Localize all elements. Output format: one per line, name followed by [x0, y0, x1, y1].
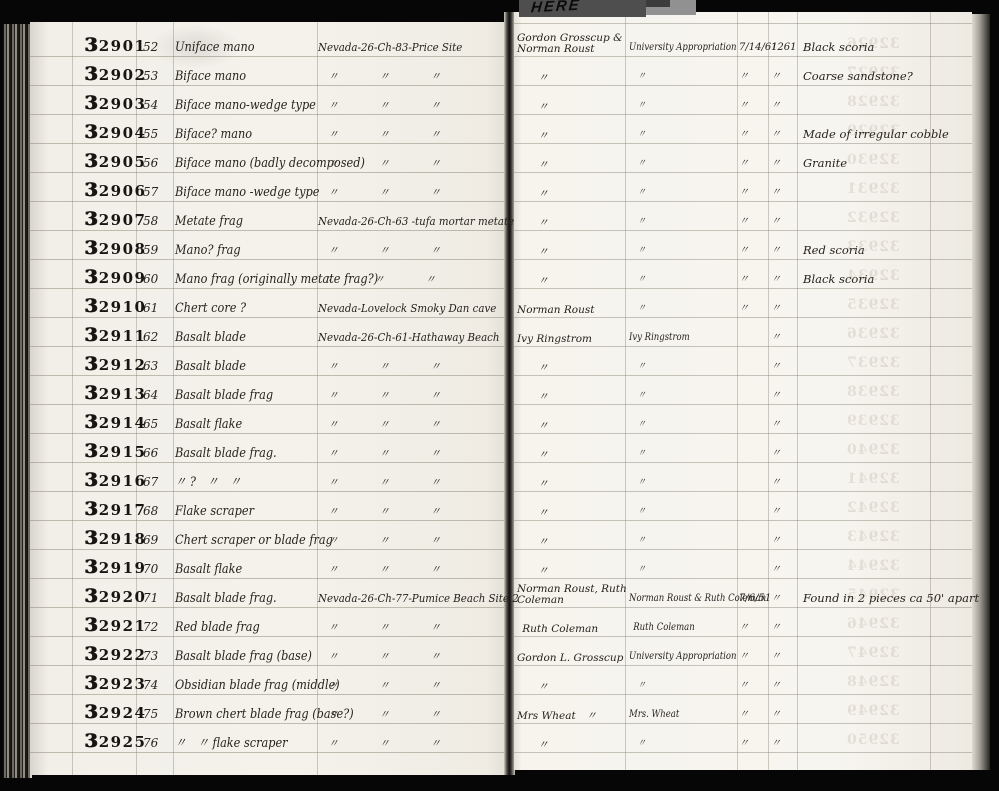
bleed-through-number: 32941: [846, 471, 900, 487]
bleed-through-number: 32938: [846, 384, 900, 400]
site-locality: Nevada-Lovelock Smoky Dan cave: [318, 302, 496, 315]
site-locality: 〃 〃 〃: [318, 99, 441, 112]
accession-source: 〃: [629, 679, 646, 692]
collector: 〃: [517, 189, 631, 200]
catalog-number: 32907: [84, 213, 146, 227]
object-number: 75: [143, 708, 158, 721]
catalog-number: 32918: [84, 532, 146, 546]
scanned-ledger-photo: { "label": { "text": "HERE" }, "table": …: [0, 0, 999, 791]
catalog-number: 32903: [84, 97, 146, 111]
accession-number: 1261: [771, 41, 796, 54]
object-number: 57: [143, 186, 158, 199]
collector: 〃: [517, 73, 631, 84]
accession-number: 〃: [771, 563, 781, 576]
bleed-through-number: 32949: [846, 703, 900, 719]
date: 〃: [739, 621, 749, 634]
accession-number: 〃: [771, 621, 781, 634]
object-description: 〃 〃 flake scraper: [175, 737, 288, 750]
table-row: 32933 32908 59 Mano? frag 〃 〃 〃 〃 〃 〃 〃 …: [0, 235, 999, 259]
catalog-number: 32922: [84, 648, 146, 662]
object-description: Uniface mano: [175, 41, 255, 54]
site-locality: 〃 〃 〃: [318, 186, 441, 199]
object-number: 56: [143, 157, 158, 170]
bleed-through-number: 32944: [846, 558, 900, 574]
date: 〃: [739, 708, 749, 721]
site-locality: 〃 〃 〃: [318, 244, 441, 257]
collector: 〃: [517, 740, 631, 751]
catalog-number: 32924: [84, 706, 146, 720]
accession-number: 〃: [771, 70, 781, 83]
object-number: 54: [143, 99, 158, 112]
bleed-through-number: 32942: [846, 500, 900, 516]
object-description: 〃 ? 〃 〃: [175, 476, 241, 489]
object-number: 76: [143, 737, 158, 750]
table-row: 32944 32919 70 Basalt flake 〃 〃 〃 〃 〃 〃: [0, 554, 999, 578]
accession-number: 〃: [771, 708, 781, 721]
accession-number: 〃: [771, 476, 781, 489]
remarks: Black scoria: [803, 273, 874, 286]
date: 〃: [739, 650, 749, 663]
bleed-through-number: 32939: [846, 413, 900, 429]
object-description: Basalt blade frag: [175, 389, 273, 402]
accession-source: 〃: [629, 563, 646, 576]
table-row: 32945 32920 71 Basalt blade frag. Nevada…: [0, 583, 999, 607]
date: 〃: [739, 215, 749, 228]
object-description: Chert core ?: [175, 302, 246, 315]
accession-source: 〃: [629, 128, 646, 141]
accession-source: 〃: [629, 99, 646, 112]
object-description: Basalt blade frag (base): [175, 650, 312, 663]
collector: Gordon L. Grosscup: [517, 653, 631, 664]
table-row: 32947 32922 73 Basalt blade frag (base) …: [0, 641, 999, 665]
accession-source: 〃: [629, 273, 646, 286]
table-row: 32943 32918 69 Chert scraper or blade fr…: [0, 525, 999, 549]
date: 〃: [739, 157, 749, 170]
collector: 〃: [517, 508, 631, 519]
collector: 〃: [517, 479, 631, 490]
table-row: 32926 32901 52 Uniface mano Nevada-26-Ch…: [0, 32, 999, 56]
object-number: 65: [143, 418, 158, 431]
table-row: 32941 32916 67 〃 ? 〃 〃 〃 〃 〃 〃 〃 〃: [0, 467, 999, 491]
accession-number: 〃: [771, 418, 781, 431]
collector: 〃: [517, 537, 631, 548]
date: 〃: [739, 70, 749, 83]
object-number: 67: [143, 476, 158, 489]
date: 〃: [739, 737, 749, 750]
catalog-number: 32916: [84, 474, 146, 488]
date: 〃: [739, 273, 749, 286]
collector: 〃: [517, 247, 631, 258]
catalog-number: 32921: [84, 619, 146, 633]
accession-number: 〃: [771, 360, 781, 373]
accession-source: 〃: [629, 186, 646, 199]
collector: Ivy Ringstrom: [517, 334, 631, 345]
accession-source: University Appropriation: [629, 41, 736, 54]
collector: 〃: [517, 450, 631, 461]
object-number: 62: [143, 331, 158, 344]
object-description: Mano? frag: [175, 244, 241, 257]
object-description: Biface? mano: [175, 128, 252, 141]
site-locality: 〃 〃 〃: [318, 360, 441, 373]
object-number: 72: [143, 621, 158, 634]
site-locality: 〃 〃 〃: [318, 418, 441, 431]
bleed-through-number: 32946: [846, 616, 900, 632]
object-number: 61: [143, 302, 158, 315]
object-number: 55: [143, 128, 158, 141]
site-locality: 〃 〃 〃: [318, 505, 441, 518]
catalog-number: 32908: [84, 242, 146, 256]
collector: Norman Roust, Ruth Coleman: [517, 584, 631, 606]
object-number: 63: [143, 360, 158, 373]
object-number: 68: [143, 505, 158, 518]
site-locality: Nevada-26-Ch-83-Price Site: [318, 41, 462, 54]
accession-number: 〃: [771, 505, 781, 518]
object-number: 60: [143, 273, 158, 286]
collector: Mrs Wheat 〃: [517, 711, 631, 722]
catalog-number: 32905: [84, 155, 146, 169]
table-row: 32946 32921 72 Red blade frag 〃 〃 〃 Ruth…: [0, 612, 999, 636]
collector: 〃: [517, 160, 631, 171]
date: 〃: [739, 679, 749, 692]
object-description: Obsidian blade frag (middle): [175, 679, 340, 692]
accession-source: 〃: [629, 157, 646, 170]
accession-number: 〃: [771, 244, 781, 257]
bleed-through-number: 32947: [846, 645, 900, 661]
object-number: 73: [143, 650, 158, 663]
site-locality: 〃 〃 〃: [318, 476, 441, 489]
remarks: Found in 2 pieces ca 50' apart: [803, 592, 979, 605]
date: 〃: [739, 244, 749, 257]
table-row: 32949 32924 75 Brown chert blade frag (b…: [0, 699, 999, 723]
date: 〃: [739, 128, 749, 141]
catalog-number: 32904: [84, 126, 146, 140]
site-locality: 〃 〃 〃: [318, 650, 441, 663]
table-row: 32934 32909 60 Mano frag (originally met…: [0, 264, 999, 288]
bleed-through-number: 32936: [846, 326, 900, 342]
object-description: Red blade frag: [175, 621, 260, 634]
table-row: 32942 32917 68 Flake scraper 〃 〃 〃 〃 〃 〃: [0, 496, 999, 520]
object-number: 52: [143, 41, 158, 54]
bleed-through-number: 32937: [846, 355, 900, 371]
site-locality: 〃 〃 〃: [318, 70, 441, 83]
site-locality: 〃 〃 〃: [318, 737, 441, 750]
table-row: 32940 32915 66 Basalt blade frag. 〃 〃 〃 …: [0, 438, 999, 462]
object-description: Basalt flake: [175, 418, 242, 431]
site-locality: 〃 〃 〃: [318, 128, 441, 141]
object-description: Basalt blade: [175, 331, 246, 344]
collector: 〃: [517, 392, 631, 403]
remarks: Granite: [803, 157, 847, 170]
accession-source: Ruth Coleman: [629, 621, 695, 634]
collector: 〃: [517, 566, 631, 577]
table-row: 32932 32907 58 Metate frag Nevada-26-Ch-…: [0, 206, 999, 230]
collector: 〃: [517, 421, 631, 432]
accession-number: 〃: [771, 389, 781, 402]
accession-source: 〃: [629, 389, 646, 402]
object-number: 66: [143, 447, 158, 460]
accession-number: 〃: [771, 99, 781, 112]
table-row: 32948 32923 74 Obsidian blade frag (midd…: [0, 670, 999, 694]
object-number: 74: [143, 679, 158, 692]
site-locality: 〃 〃 〃: [318, 273, 436, 286]
object-description: Biface mano-wedge type: [175, 99, 316, 112]
accession-source: 〃: [629, 447, 646, 460]
bleed-through-number: 32948: [846, 674, 900, 690]
accession-number: 〃: [771, 679, 781, 692]
site-locality: 〃 〃 〃: [318, 708, 441, 721]
object-number: 64: [143, 389, 158, 402]
collector: 〃: [517, 218, 631, 229]
date: 〃: [739, 302, 749, 315]
accession-number: 〃: [771, 186, 781, 199]
ledger-rows: 32926 32901 52 Uniface mano Nevada-26-Ch…: [0, 0, 999, 791]
table-row: 32930 32905 56 Biface mano (badly decomp…: [0, 148, 999, 172]
catalog-number: 32925: [84, 735, 146, 749]
table-row: 32927 32902 53 Biface mano 〃 〃 〃 〃 〃 〃 〃…: [0, 61, 999, 85]
table-row: 32950 32925 76 〃 〃 flake scraper 〃 〃 〃 〃…: [0, 728, 999, 752]
catalog-number: 32913: [84, 387, 146, 401]
catalog-number: 32919: [84, 561, 146, 575]
site-locality: 〃 〃 〃: [318, 534, 441, 547]
catalog-number: 32912: [84, 358, 146, 372]
table-row: 32928 32903 54 Biface mano-wedge type 〃 …: [0, 90, 999, 114]
catalog-number: 32911: [84, 329, 146, 343]
collector: Ruth Coleman: [517, 624, 631, 635]
accession-number: 〃: [771, 331, 781, 344]
collector: Gordon Grosscup & Norman Roust: [517, 33, 631, 55]
accession-number: 〃: [771, 128, 781, 141]
accession-number: 〃: [771, 273, 781, 286]
collector: 〃: [517, 363, 631, 374]
accession-source: 〃: [629, 244, 646, 257]
accession-source: Mrs. Wheat: [629, 708, 679, 721]
remarks: Made of irregular cobble: [803, 128, 949, 141]
object-description: Biface mano: [175, 70, 246, 83]
catalog-number: 32901: [84, 39, 146, 53]
site-locality: 〃 〃 〃: [318, 157, 441, 170]
accession-number: 〃: [771, 737, 781, 750]
object-description: Metate frag: [175, 215, 243, 228]
object-description: Chert scraper or blade frag: [175, 534, 333, 547]
site-locality: Nevada-26-Ch-63 -tufa mortar metate: [318, 215, 514, 228]
object-number: 59: [143, 244, 158, 257]
object-number: 70: [143, 563, 158, 576]
bleed-through-number: 32928: [846, 94, 900, 110]
object-description: Basalt flake: [175, 563, 242, 576]
catalog-number: 32917: [84, 503, 146, 517]
bleed-through-number: 32935: [846, 297, 900, 313]
remarks: Red scoria: [803, 244, 865, 257]
site-locality: 〃 〃 〃: [318, 563, 441, 576]
accession-source: 〃: [629, 737, 646, 750]
accession-source: 〃: [629, 476, 646, 489]
table-row: 32936 32911 62 Basalt blade Nevada-26-Ch…: [0, 322, 999, 346]
bleed-through-number: 32931: [846, 181, 900, 197]
bleed-through-number: 32930: [846, 152, 900, 168]
catalog-number: 32923: [84, 677, 146, 691]
accession-source: 〃: [629, 418, 646, 431]
accession-source: University Appropriation: [629, 650, 736, 663]
object-description: Basalt blade frag.: [175, 592, 277, 605]
site-locality: 〃 〃 〃: [318, 447, 441, 460]
site-locality: 〃 〃 〃: [318, 621, 441, 634]
accession-source: 〃: [629, 360, 646, 373]
date: 〃: [739, 186, 749, 199]
accession-number: 〃: [771, 302, 781, 315]
object-description: Basalt blade: [175, 360, 246, 373]
site-locality: Nevada-26-Ch-61-Hathaway Beach: [318, 331, 500, 344]
accession-number: 〃: [771, 534, 781, 547]
bleed-through-number: 32940: [846, 442, 900, 458]
site-locality: 〃 〃 〃: [318, 389, 441, 402]
collector: 〃: [517, 682, 631, 693]
site-locality: Nevada-26-Ch-77-Pumice Beach Site 2: [318, 592, 519, 605]
accession-source: 〃: [629, 534, 646, 547]
object-number: 71: [143, 592, 158, 605]
accession-source: 〃: [629, 302, 646, 315]
catalog-number: 32909: [84, 271, 146, 285]
collector: 〃: [517, 131, 631, 142]
accession-source: 〃: [629, 505, 646, 518]
bleed-through-number: 32943: [846, 529, 900, 545]
object-description: Basalt blade frag.: [175, 447, 277, 460]
object-description: Biface mano -wedge type: [175, 186, 319, 199]
object-number: 53: [143, 70, 158, 83]
remarks: Black scoria: [803, 41, 874, 54]
table-row: 32931 32906 57 Biface mano -wedge type 〃…: [0, 177, 999, 201]
collector: 〃: [517, 102, 631, 113]
accession-number: 〃: [771, 157, 781, 170]
accession-source: 〃: [629, 215, 646, 228]
object-number: 58: [143, 215, 158, 228]
date: 〃: [739, 99, 749, 112]
object-description: Flake scraper: [175, 505, 254, 518]
accession-source: 〃: [629, 70, 646, 83]
table-row: 32938 32913 64 Basalt blade frag 〃 〃 〃 〃…: [0, 380, 999, 404]
accession-number: 〃: [771, 650, 781, 663]
site-locality: 〃 〃 〃: [318, 679, 441, 692]
catalog-number: 32920: [84, 590, 146, 604]
collector: Norman Roust: [517, 305, 631, 316]
object-number: 69: [143, 534, 158, 547]
accession-source: Ivy Ringstrom: [629, 331, 690, 344]
table-row: 32935 32910 61 Chert core ? Nevada-Lovel…: [0, 293, 999, 317]
catalog-number: 32914: [84, 416, 146, 430]
table-row: 32939 32914 65 Basalt flake 〃 〃 〃 〃 〃 〃: [0, 409, 999, 433]
accession-number: 〃: [771, 447, 781, 460]
accession-number: 〃: [771, 215, 781, 228]
catalog-number: 32902: [84, 68, 146, 82]
collector: 〃: [517, 276, 631, 287]
table-row: 32937 32912 63 Basalt blade 〃 〃 〃 〃 〃 〃: [0, 351, 999, 375]
table-row: 32929 32904 55 Biface? mano 〃 〃 〃 〃 〃 〃 …: [0, 119, 999, 143]
date: 7/6/51: [739, 592, 771, 605]
catalog-number: 32915: [84, 445, 146, 459]
accession-number: 〃: [771, 592, 781, 605]
catalog-number: 32910: [84, 300, 146, 314]
bleed-through-number: 32932: [846, 210, 900, 226]
bleed-through-number: 32950: [846, 732, 900, 748]
catalog-number: 32906: [84, 184, 146, 198]
remarks: Coarse sandstone?: [803, 70, 913, 83]
